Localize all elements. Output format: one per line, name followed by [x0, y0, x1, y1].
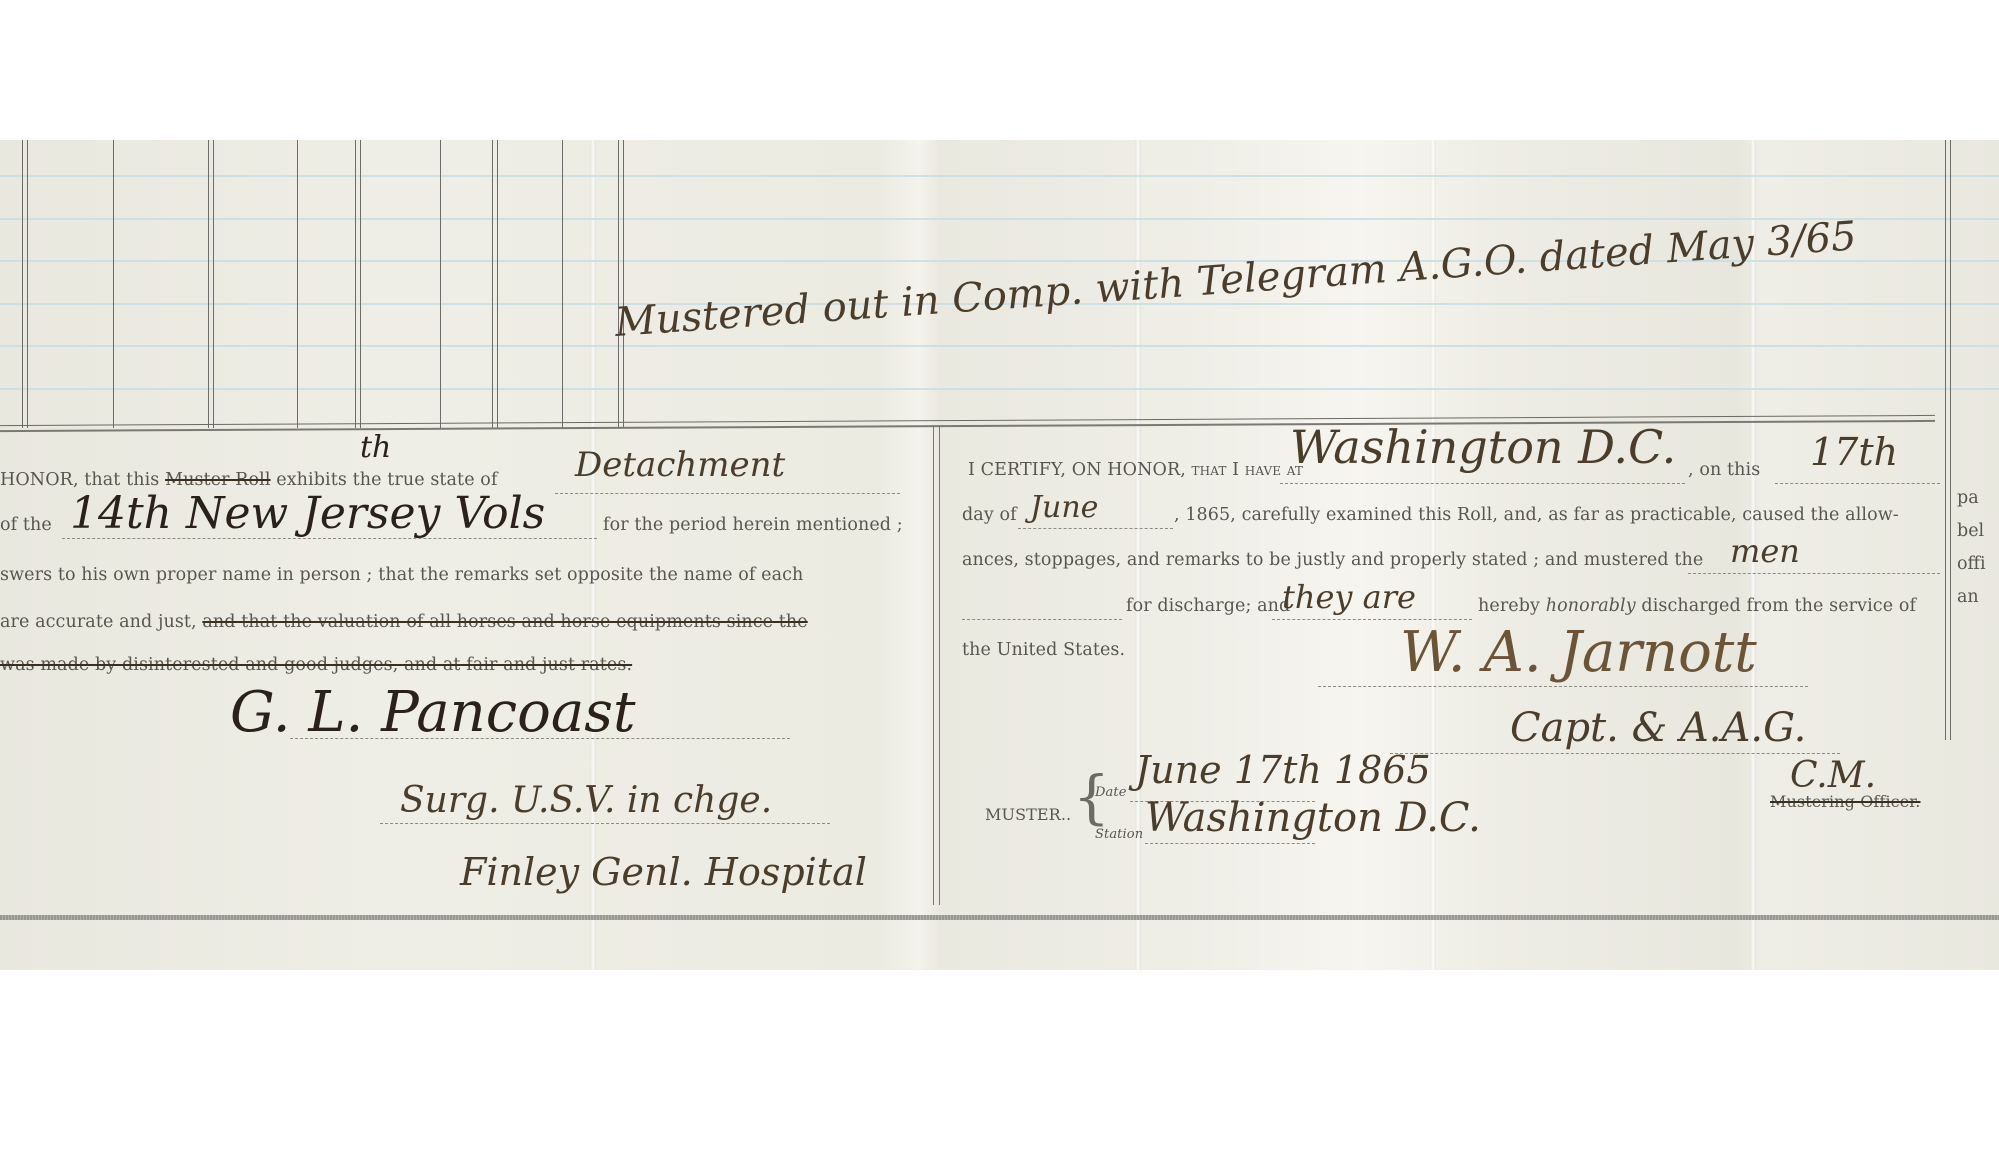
officer-title-cm: C.M.	[1790, 755, 1876, 796]
table-column-rule	[562, 140, 563, 428]
place-fill: Washington D.C.	[1290, 420, 1676, 474]
table-column-rule	[113, 140, 114, 428]
table-column-rule	[208, 140, 214, 428]
handwritten-insert: th	[360, 430, 391, 465]
struck-text: Muster Roll	[165, 470, 271, 490]
struck-mustering-officer: Mustering Officer.	[1770, 792, 1920, 811]
table-column-rule	[355, 140, 361, 428]
bottom-border-rule	[0, 915, 1999, 920]
officer-signature-line	[1318, 685, 1808, 687]
month-field	[1018, 527, 1173, 529]
table-column-rule	[22, 140, 28, 428]
adjacent-column-fragment: pa bel offi an	[1957, 482, 1986, 614]
table-column-rule	[440, 140, 441, 428]
place-field	[1280, 482, 1685, 484]
day-fill: 17th	[1810, 430, 1898, 474]
roll-table: Mustered out in Comp. with Telegram A.G.…	[0, 140, 1999, 425]
table-column-rule	[297, 140, 298, 428]
they-fill: they are	[1282, 578, 1416, 616]
hospital-name: Finley Genl. Hospital	[460, 850, 867, 894]
certificate-divider	[933, 425, 940, 905]
muster-label: MUSTER..	[985, 805, 1071, 824]
remarks-handwriting: Mustered out in Comp. with Telegram A.G.…	[613, 213, 1858, 346]
title-line	[380, 822, 830, 824]
station-field	[1145, 842, 1315, 844]
surgeon-signature: G. L. Pancoast	[230, 680, 635, 745]
officer-signature: W. A. Jarnott	[1400, 620, 1757, 685]
struck-text: and that the valuation of all horses and…	[202, 612, 807, 632]
officer-title: Capt. & A.A.G.	[1510, 705, 1806, 751]
table-column-rule	[492, 140, 498, 428]
men-fill: men	[1730, 532, 1800, 570]
station-fill: Washington D.C.	[1145, 795, 1481, 841]
officer-title-line	[1390, 752, 1840, 754]
day-field	[1775, 482, 1940, 484]
discharge-field	[962, 618, 1122, 620]
unit-field	[555, 492, 900, 494]
unit-fill: Detachment	[575, 445, 785, 485]
surgeon-title: Surg. U.S.V. in chge.	[400, 780, 772, 821]
date-fill: June 17th 1865	[1135, 748, 1431, 792]
table-column-rule	[1945, 140, 1951, 740]
table-column-rule	[618, 140, 624, 428]
men-field	[1688, 572, 1940, 574]
struck-text: was made by disinterested and good judge…	[0, 655, 632, 675]
month-fill: June	[1030, 490, 1098, 525]
document-sheet: Mustered out in Comp. with Telegram A.G.…	[0, 140, 1999, 970]
regiment-fill: 14th New Jersey Vols	[70, 488, 545, 539]
